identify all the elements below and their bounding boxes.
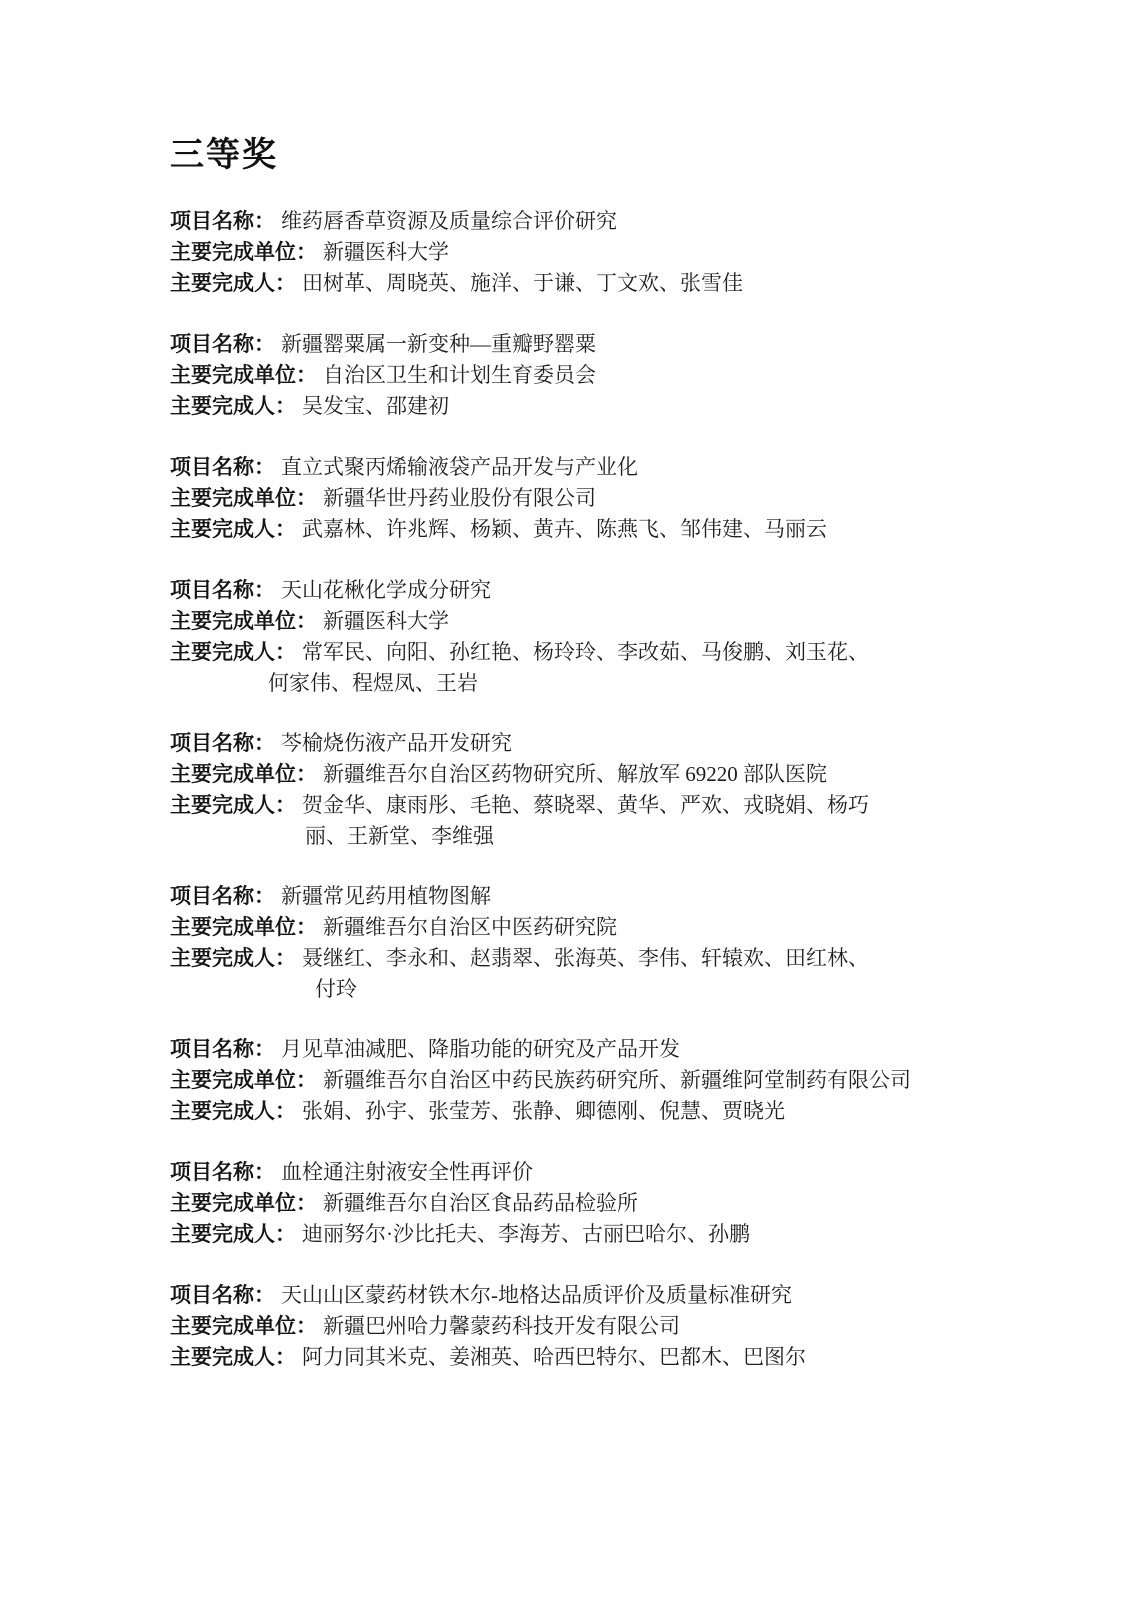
unit-value: 新疆维吾尔自治区药物研究所、解放军 69220 部队医院 <box>317 762 827 786</box>
people-label: 主要完成人： <box>170 947 296 970</box>
unit-value: 新疆华世丹药业股份有限公司 <box>317 486 596 510</box>
people-label: 主要完成人： <box>170 641 296 664</box>
unit-label: 主要完成单位： <box>170 763 317 786</box>
unit-label: 主要完成单位： <box>170 1192 317 1215</box>
project-value: 月见草油减肥、降脂功能的研究及产品开发 <box>275 1037 680 1061</box>
unit-row: 主要完成单位：新疆维吾尔自治区中药民族药研究所、新疆维阿堂制药有限公司 <box>170 1065 981 1096</box>
people-label: 主要完成人： <box>170 1346 296 1369</box>
project-value: 维药唇香草资源及质量综合评价研究 <box>275 209 617 233</box>
project-row: 项目名称：芩榆烧伤液产品开发研究 <box>170 728 981 759</box>
award-entry: 项目名称：直立式聚丙烯输液袋产品开发与产业化 主要完成单位：新疆华世丹药业股份有… <box>170 452 981 545</box>
award-entry: 项目名称：天山花楸化学成分研究 主要完成单位：新疆医科大学 主要完成人：常军民、… <box>170 575 981 698</box>
unit-label: 主要完成单位： <box>170 487 317 510</box>
unit-row: 主要完成单位：自治区卫生和计划生育委员会 <box>170 360 981 391</box>
people-value: 张娟、孙宇、张莹芳、张静、卿德刚、倪慧、贾晓光 <box>296 1099 785 1123</box>
people-value: 田树革、周晓英、施洋、于谦、丁文欢、张雪佳 <box>296 271 743 295</box>
project-row: 项目名称：天山花楸化学成分研究 <box>170 575 981 606</box>
unit-label: 主要完成单位： <box>170 610 317 633</box>
people-continuation-row: 何家伟、程煜凤、王岩 <box>170 668 981 698</box>
people-label: 主要完成人： <box>170 272 296 295</box>
people-value: 武嘉林、许兆辉、杨颖、黄卉、陈燕飞、邹伟建、马丽云 <box>296 517 827 541</box>
people-row: 主要完成人：阿力同其米克、姜湘英、哈西巴特尔、巴都木、巴图尔 <box>170 1342 981 1373</box>
people-value: 贺金华、康雨彤、毛艳、蔡晓翠、黄华、严欢、戎晓娟、杨巧 <box>296 793 869 817</box>
people-row: 主要完成人：武嘉林、许兆辉、杨颖、黄卉、陈燕飞、邹伟建、马丽云 <box>170 514 981 545</box>
people-label: 主要完成人： <box>170 1223 296 1246</box>
award-entry: 项目名称：维药唇香草资源及质量综合评价研究 主要完成单位：新疆医科大学 主要完成… <box>170 206 981 299</box>
unit-value: 自治区卫生和计划生育委员会 <box>317 363 596 387</box>
project-value: 天山花楸化学成分研究 <box>275 578 491 602</box>
award-entry: 项目名称：天山山区蒙药材铁木尔-地格达品质评价及质量标准研究 主要完成单位：新疆… <box>170 1280 981 1373</box>
project-label: 项目名称： <box>170 333 275 356</box>
project-value: 新疆常见药用植物图解 <box>275 884 491 908</box>
project-label: 项目名称： <box>170 579 275 602</box>
award-entry: 项目名称：新疆罂粟属一新变种—重瓣野罂粟 主要完成单位：自治区卫生和计划生育委员… <box>170 329 981 422</box>
people-value: 吴发宝、邵建初 <box>296 394 449 418</box>
project-row: 项目名称：新疆罂粟属一新变种—重瓣野罂粟 <box>170 329 981 360</box>
project-row: 项目名称：新疆常见药用植物图解 <box>170 881 981 912</box>
people-row: 主要完成人：迪丽努尔·沙比托夫、李海芳、古丽巴哈尔、孙鹏 <box>170 1219 981 1250</box>
unit-label: 主要完成单位： <box>170 241 317 264</box>
people-value: 迪丽努尔·沙比托夫、李海芳、古丽巴哈尔、孙鹏 <box>296 1222 750 1246</box>
project-row: 项目名称：月见草油减肥、降脂功能的研究及产品开发 <box>170 1034 981 1065</box>
award-entry: 项目名称：血栓通注射液安全性再评价 主要完成单位：新疆维吾尔自治区食品药品检验所… <box>170 1157 981 1250</box>
project-row: 项目名称：血栓通注射液安全性再评价 <box>170 1157 981 1188</box>
unit-label: 主要完成单位： <box>170 364 317 387</box>
unit-value: 新疆维吾尔自治区食品药品检验所 <box>317 1191 638 1215</box>
project-label: 项目名称： <box>170 1284 275 1307</box>
project-value: 芩榆烧伤液产品开发研究 <box>275 731 512 755</box>
people-continuation-row: 丽、王新堂、李维强 <box>170 821 981 851</box>
project-label: 项目名称： <box>170 732 275 755</box>
project-label: 项目名称： <box>170 1161 275 1184</box>
people-value: 常军民、向阳、孙红艳、杨玲玲、李改茹、马俊鹏、刘玉花、 <box>296 640 869 664</box>
people-row: 主要完成人：张娟、孙宇、张莹芳、张静、卿德刚、倪慧、贾晓光 <box>170 1096 981 1127</box>
people-row: 主要完成人：常军民、向阳、孙红艳、杨玲玲、李改茹、马俊鹏、刘玉花、 <box>170 637 981 668</box>
project-value: 血栓通注射液安全性再评价 <box>275 1160 533 1184</box>
unit-value: 新疆巴州哈力馨蒙药科技开发有限公司 <box>317 1314 680 1338</box>
people-label: 主要完成人： <box>170 395 296 418</box>
project-label: 项目名称： <box>170 210 275 233</box>
unit-value: 新疆医科大学 <box>317 609 449 633</box>
people-label: 主要完成人： <box>170 1100 296 1123</box>
unit-row: 主要完成单位：新疆华世丹药业股份有限公司 <box>170 483 981 514</box>
unit-row: 主要完成单位：新疆巴州哈力馨蒙药科技开发有限公司 <box>170 1311 981 1342</box>
people-continuation-row: 付玲 <box>170 974 981 1004</box>
project-row: 项目名称：直立式聚丙烯输液袋产品开发与产业化 <box>170 452 981 483</box>
project-value: 天山山区蒙药材铁木尔-地格达品质评价及质量标准研究 <box>275 1283 792 1307</box>
unit-label: 主要完成单位： <box>170 1315 317 1338</box>
people-label: 主要完成人： <box>170 794 296 817</box>
unit-row: 主要完成单位：新疆医科大学 <box>170 606 981 637</box>
unit-value: 新疆维吾尔自治区中医药研究院 <box>317 915 617 939</box>
project-label: 项目名称： <box>170 1038 275 1061</box>
project-row: 项目名称：天山山区蒙药材铁木尔-地格达品质评价及质量标准研究 <box>170 1280 981 1311</box>
project-row: 项目名称：维药唇香草资源及质量综合评价研究 <box>170 206 981 237</box>
unit-value: 新疆维吾尔自治区中药民族药研究所、新疆维阿堂制药有限公司 <box>317 1068 911 1092</box>
people-value: 聂继红、李永和、赵翡翠、张海英、李伟、轩辕欢、田红林、 <box>296 946 869 970</box>
project-value: 直立式聚丙烯输液袋产品开发与产业化 <box>275 455 638 479</box>
unit-row: 主要完成单位：新疆维吾尔自治区药物研究所、解放军 69220 部队医院 <box>170 759 981 790</box>
unit-row: 主要完成单位：新疆维吾尔自治区食品药品检验所 <box>170 1188 981 1219</box>
people-value: 阿力同其米克、姜湘英、哈西巴特尔、巴都木、巴图尔 <box>296 1345 806 1369</box>
award-entry: 项目名称：月见草油减肥、降脂功能的研究及产品开发 主要完成单位：新疆维吾尔自治区… <box>170 1034 981 1127</box>
unit-row: 主要完成单位：新疆维吾尔自治区中医药研究院 <box>170 912 981 943</box>
people-row: 主要完成人：田树革、周晓英、施洋、于谦、丁文欢、张雪佳 <box>170 268 981 299</box>
unit-label: 主要完成单位： <box>170 916 317 939</box>
project-label: 项目名称： <box>170 456 275 479</box>
document-page: 三等奖 项目名称：维药唇香草资源及质量综合评价研究 主要完成单位：新疆医科大学 … <box>0 0 1131 1600</box>
project-label: 项目名称： <box>170 885 275 908</box>
project-value: 新疆罂粟属一新变种—重瓣野罂粟 <box>275 332 596 356</box>
page-title: 三等奖 <box>170 130 981 180</box>
award-entry: 项目名称：新疆常见药用植物图解 主要完成单位：新疆维吾尔自治区中医药研究院 主要… <box>170 881 981 1004</box>
unit-row: 主要完成单位：新疆医科大学 <box>170 237 981 268</box>
people-row: 主要完成人：贺金华、康雨彤、毛艳、蔡晓翠、黄华、严欢、戎晓娟、杨巧 <box>170 790 981 821</box>
people-row: 主要完成人：吴发宝、邵建初 <box>170 391 981 422</box>
unit-label: 主要完成单位： <box>170 1069 317 1092</box>
award-entry: 项目名称：芩榆烧伤液产品开发研究 主要完成单位：新疆维吾尔自治区药物研究所、解放… <box>170 728 981 851</box>
unit-value: 新疆医科大学 <box>317 240 449 264</box>
people-label: 主要完成人： <box>170 518 296 541</box>
people-row: 主要完成人：聂继红、李永和、赵翡翠、张海英、李伟、轩辕欢、田红林、 <box>170 943 981 974</box>
